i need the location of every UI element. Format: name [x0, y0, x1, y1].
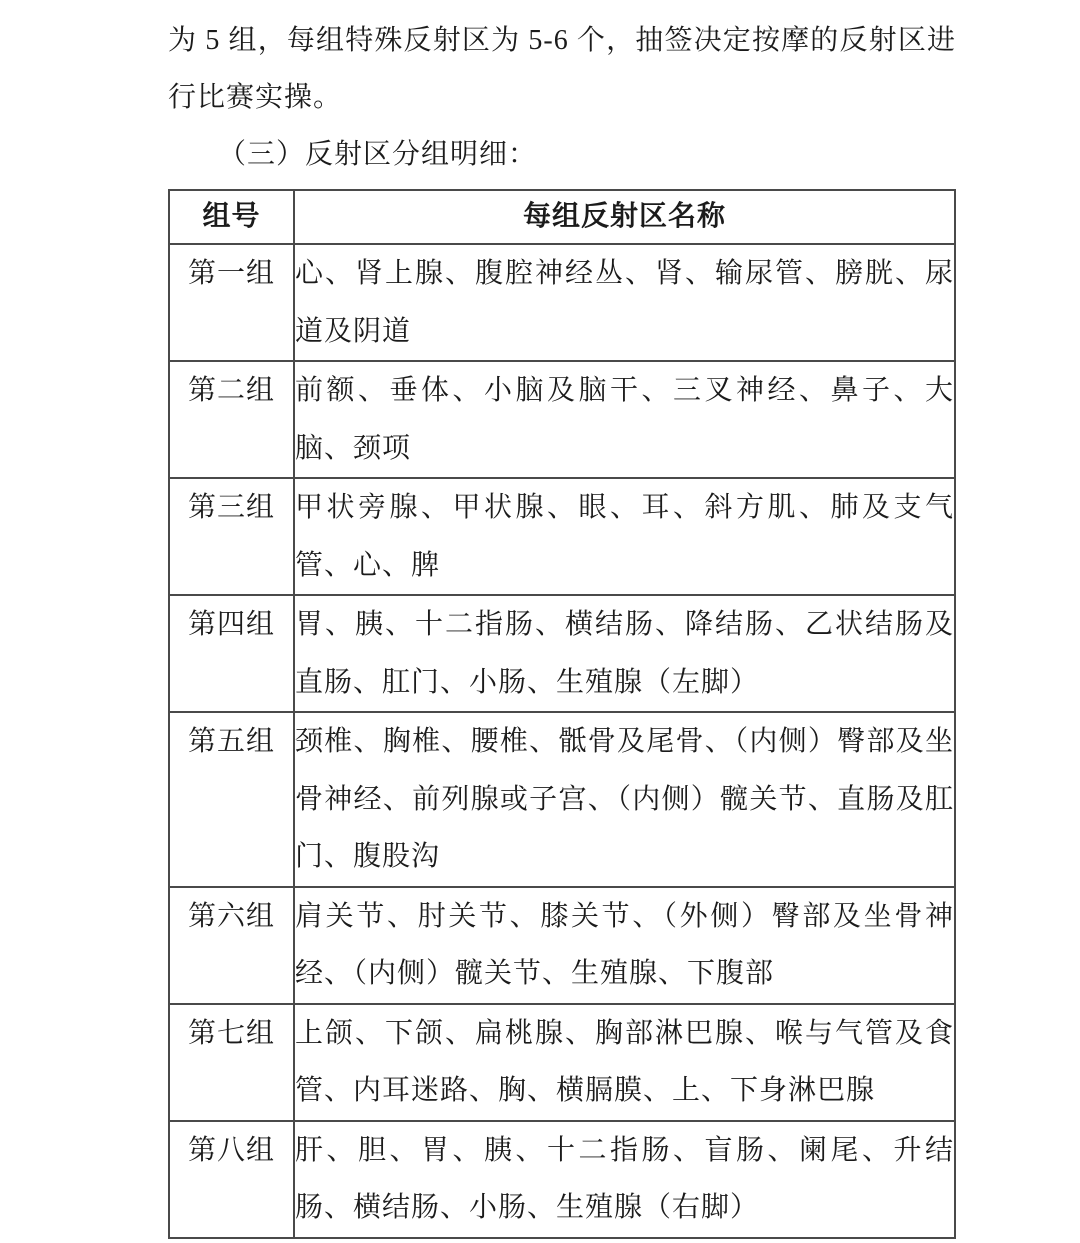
zone-names-cell: 甲状旁腺、甲状腺、眼、耳、斜方肌、肺及支气管、心、脾: [294, 478, 955, 595]
table-row: 第八组 肝、胆、胃、胰、十二指肠、盲肠、阑尾、升结肠、横结肠、小肠、生殖腺（右脚…: [169, 1121, 955, 1238]
group-number-cell: 第四组: [169, 595, 294, 712]
table-header-row: 组号 每组反射区名称: [169, 190, 955, 244]
zone-names-cell: 颈椎、胸椎、腰椎、骶骨及尾骨、（内侧）臀部及坐骨神经、前列腺或子宫、（内侧）髋关…: [294, 712, 955, 887]
zone-names-cell: 上颌、下颌、扁桃腺、胸部淋巴腺、喉与气管及食管、内耳迷路、胸、横膈膜、上、下身淋…: [294, 1004, 955, 1121]
table-row: 第七组 上颌、下颌、扁桃腺、胸部淋巴腺、喉与气管及食管、内耳迷路、胸、横膈膜、上…: [169, 1004, 955, 1121]
reflex-zone-group-table: 组号 每组反射区名称 第一组 心、肾上腺、腹腔神经丛、肾、输尿管、膀胱、尿道及阴…: [168, 189, 956, 1239]
zone-names-cell: 肩关节、肘关节、膝关节、（外侧）臀部及坐骨神经、（内侧）髋关节、生殖腺、下腹部: [294, 887, 955, 1004]
document-page: 为 5 组，每组特殊反射区为 5-6 个，抽签决定按摩的反射区进行比赛实操。 （…: [168, 12, 956, 1239]
table-row: 第二组 前额、垂体、小脑及脑干、三叉神经、鼻子、大脑、颈项: [169, 361, 955, 478]
table-row: 第五组 颈椎、胸椎、腰椎、骶骨及尾骨、（内侧）臀部及坐骨神经、前列腺或子宫、（内…: [169, 712, 955, 887]
intro-paragraph: 为 5 组，每组特殊反射区为 5-6 个，抽签决定按摩的反射区进行比赛实操。: [168, 12, 956, 126]
group-number-cell: 第三组: [169, 478, 294, 595]
group-number-cell: 第七组: [169, 1004, 294, 1121]
table-row: 第一组 心、肾上腺、腹腔神经丛、肾、输尿管、膀胱、尿道及阴道: [169, 244, 955, 361]
header-zone-names: 每组反射区名称: [294, 190, 955, 244]
section-heading: （三）反射区分组明细：: [168, 126, 956, 183]
group-number-cell: 第一组: [169, 244, 294, 361]
group-number-cell: 第六组: [169, 887, 294, 1004]
zone-names-cell: 胃、胰、十二指肠、横结肠、降结肠、乙状结肠及直肠、肛门、小肠、生殖腺（左脚）: [294, 595, 955, 712]
table-row: 第四组 胃、胰、十二指肠、横结肠、降结肠、乙状结肠及直肠、肛门、小肠、生殖腺（左…: [169, 595, 955, 712]
group-number-cell: 第八组: [169, 1121, 294, 1238]
group-number-cell: 第五组: [169, 712, 294, 887]
zone-names-cell: 前额、垂体、小脑及脑干、三叉神经、鼻子、大脑、颈项: [294, 361, 955, 478]
zone-names-cell: 心、肾上腺、腹腔神经丛、肾、输尿管、膀胱、尿道及阴道: [294, 244, 955, 361]
group-number-cell: 第二组: [169, 361, 294, 478]
table-row: 第三组 甲状旁腺、甲状腺、眼、耳、斜方肌、肺及支气管、心、脾: [169, 478, 955, 595]
header-group-number: 组号: [169, 190, 294, 244]
zone-names-cell: 肝、胆、胃、胰、十二指肠、盲肠、阑尾、升结肠、横结肠、小肠、生殖腺（右脚）: [294, 1121, 955, 1238]
table-row: 第六组 肩关节、肘关节、膝关节、（外侧）臀部及坐骨神经、（内侧）髋关节、生殖腺、…: [169, 887, 955, 1004]
